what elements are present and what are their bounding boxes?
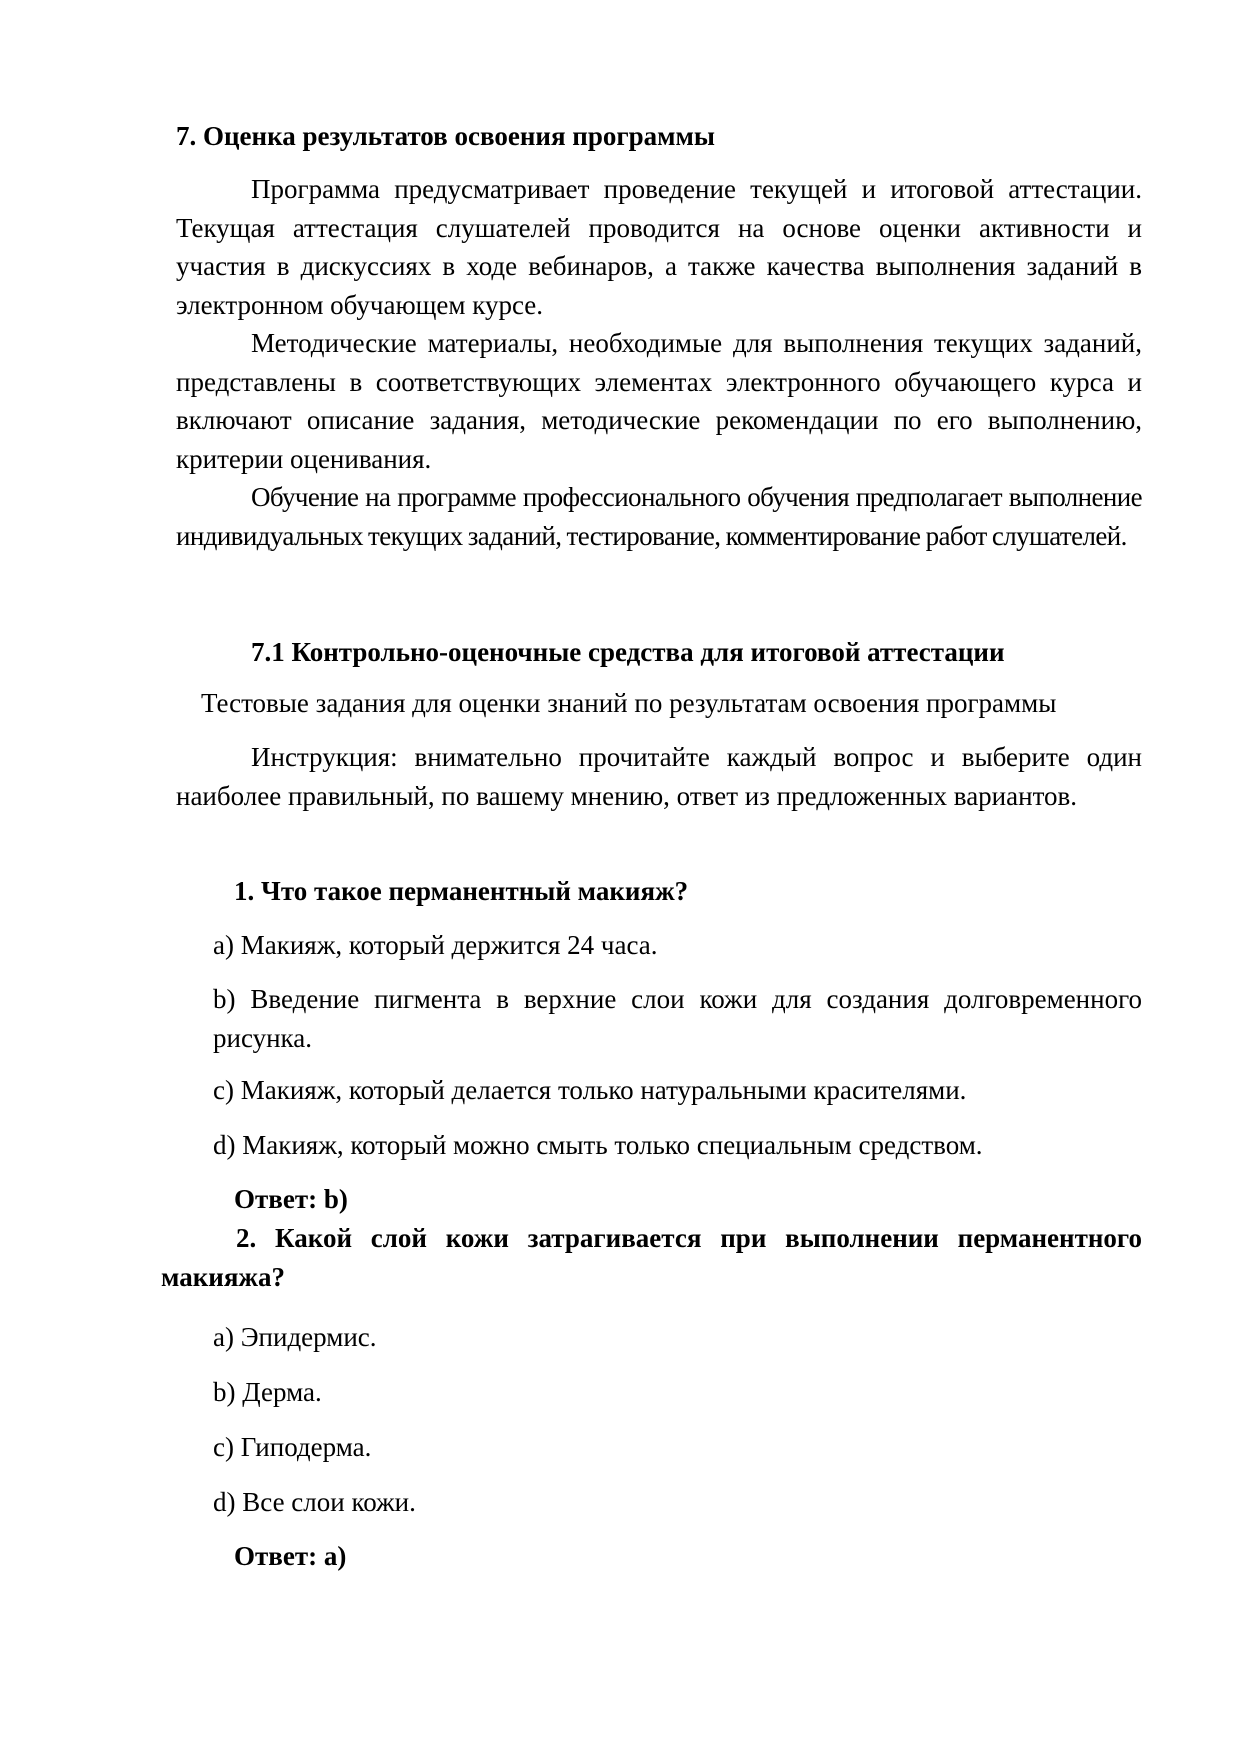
question-1-answer: Ответ: b) [234, 1180, 348, 1218]
question-2-answer: Ответ: a) [234, 1537, 346, 1575]
section-7-1-title: 7.1 Контрольно-оценочные средства для ит… [251, 633, 1005, 671]
question-1-option-b: b) Введение пигмента в верхние слои кожи… [213, 980, 1142, 1057]
section-7-paragraph-1: Программа предусматривает проведение тек… [176, 170, 1142, 324]
question-2-text: 2. Какой слой кожи затрагивается при вып… [161, 1219, 1142, 1296]
test-subtitle: Тестовые задания для оценки знаний по ре… [201, 684, 1056, 722]
question-1-option-a: a) Макияж, который держится 24 часа. [213, 926, 658, 964]
section-7-paragraph-2: Методические материалы, необходимые для … [176, 324, 1142, 478]
question-2-option-c: c) Гиподерма. [213, 1428, 371, 1466]
question-1-text: 1. Что такое перманентный макияж? [234, 872, 688, 910]
question-1-option-c: c) Макияж, который делается только натур… [213, 1071, 966, 1109]
question-2-option-b: b) Дерма. [213, 1373, 322, 1411]
document-page: 7. Оценка результатов освоения программы… [0, 0, 1241, 1755]
question-1-option-d: d) Макияж, который можно смыть только сп… [213, 1126, 983, 1164]
question-2-option-d: d) Все слои кожи. [213, 1483, 416, 1521]
question-2-option-a: a) Эпидермис. [213, 1318, 377, 1356]
section-7-paragraph-3: Обучение на программе профессионального … [176, 478, 1142, 555]
test-instruction: Инструкция: внимательно прочитайте кажды… [176, 738, 1142, 815]
section-7-title: 7. Оценка результатов освоения программы [176, 117, 715, 155]
